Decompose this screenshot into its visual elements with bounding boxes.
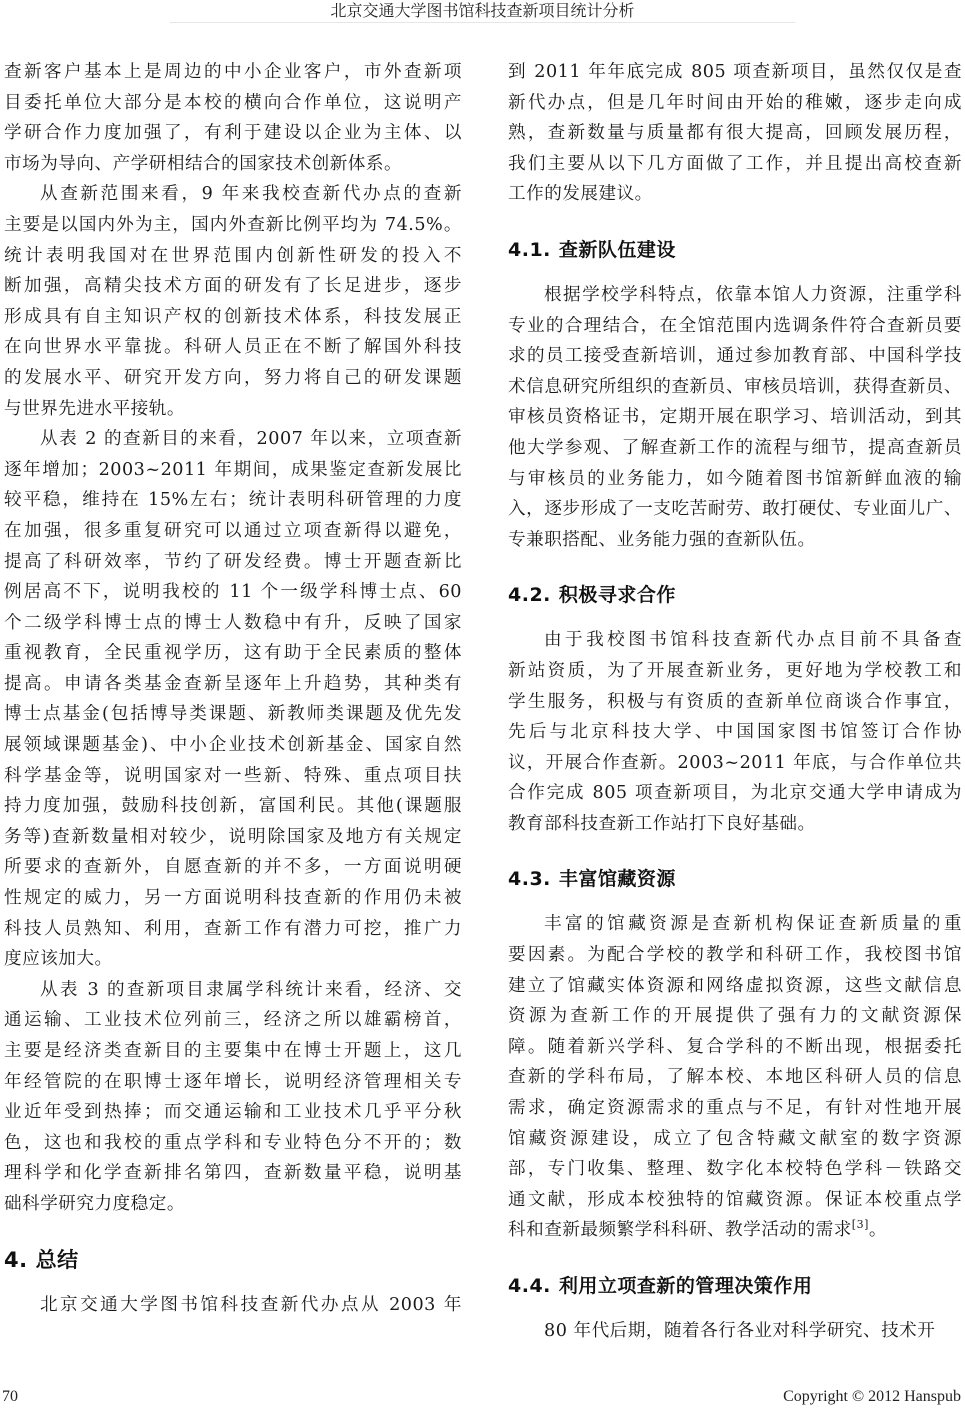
- section-title: 丰富馆藏资源: [559, 868, 676, 890]
- text-line: 工作的发展建议。: [508, 179, 962, 210]
- text-line: 通运输、工业技术位列前三，经济之所以雄霸榜首，: [4, 1005, 462, 1036]
- paragraph: 丰富的馆藏资源是查新机构保证查新质量的重要因素。为配合学校的教学和科研工作，我校…: [508, 909, 962, 1246]
- citation-reference[interactable]: [3]: [852, 1219, 869, 1232]
- text-line: 学生服务，积极与有资质的查新单位商谈合作事宜，: [508, 687, 962, 718]
- text-line: 统计表明我国对在世界范围内创新性研发的投入不: [4, 241, 462, 272]
- text-line: 由于我校图书馆科技查新代办点目前不具备查: [508, 625, 962, 656]
- page-footer: 70 Copyright © 2012 Hanspub: [0, 1388, 965, 1410]
- text-line: 到 2011 年年底完成 805 项查新项目，虽然仅仅是查: [508, 57, 962, 88]
- section-title: 总结: [36, 1248, 79, 1272]
- text-line: 学研合作力度加强了，有利于建设以企业为主体、以: [4, 118, 462, 149]
- section-number: 4.2.: [508, 584, 551, 606]
- text-line: 术信息研究所组织的查新员、审核员培训，获得查新员、: [508, 372, 962, 403]
- section-title: 查新队伍建设: [559, 239, 676, 261]
- text-line: 求的员工接受查新培训，通过参加教育部、中国科学技: [508, 341, 962, 372]
- text-line: 科学基金等，说明国家对一些新、特殊、重点项目扶: [4, 761, 462, 792]
- text-line: 市场为导向、产学研相结合的国家技术创新体系。: [4, 149, 462, 180]
- text-span: 。: [869, 1220, 887, 1240]
- text-line: 他大学参观、了解查新工作的流程与细节，提高查新员: [508, 433, 962, 464]
- text-line: 丰富的馆藏资源是查新机构保证查新质量的重: [508, 909, 962, 940]
- section-heading: 4.1.查新队伍建设: [508, 228, 962, 272]
- text-line: 在加强，很多重复研究可以通过立项查新得以避免，: [4, 516, 462, 547]
- text-line: 务等)查新数量相对较少，说明除国家及地方有关规定: [4, 822, 462, 853]
- text-line: 性规定的威力，另一方面说明科技查新的作用仍未被: [4, 883, 462, 914]
- section-heading: 4.3.丰富馆藏资源: [508, 857, 962, 901]
- text-line: 要因素。为配合学校的教学和科研工作，我校图书馆: [508, 940, 962, 971]
- paragraph: 80 年代后期，随着各行各业对科学研究、技术开: [508, 1316, 962, 1347]
- section-number: 4.3.: [508, 868, 551, 890]
- text-line: 审核员资格证书，定期开展在职学习、培训活动，到其: [508, 402, 962, 433]
- text-line: 障。随着新兴学科、复合学科的不断出现，根据委托: [508, 1032, 962, 1063]
- text-line: 理科学和化学查新排名第四，查新数量平稳，说明基: [4, 1158, 462, 1189]
- text-line: 重视教育，全民重视学历，这有助于全民素质的整体: [4, 638, 462, 669]
- left-column: 查新客户基本上是周边的中小企业客户，市外查新项目委托单位大部分是本校的横向合作单…: [4, 57, 462, 1320]
- text-line: 教育部科技查新工作站打下良好基础。: [508, 809, 962, 840]
- text-line: 础科学研究力度稳定。: [4, 1189, 462, 1220]
- text-line: 与世界先进水平接轨。: [4, 394, 462, 425]
- paragraph: 由于我校图书馆科技查新代办点目前不具备查新站资质，为了开展查新业务，更好地为学校…: [508, 625, 962, 839]
- section-heading: 4.4.利用立项查新的管理决策作用: [508, 1264, 962, 1308]
- right-column: 到 2011 年年底完成 805 项查新项目，虽然仅仅是查新代办点，但是几年时间…: [508, 57, 962, 1347]
- text-line: 提高。申请各类基金查新呈逐年上升趋势，其种类有: [4, 669, 462, 700]
- text-line: 较平稳，维持在 15%左右；统计表明科研管理的力度: [4, 485, 462, 516]
- copyright-notice: Copyright © 2012 Hanspub: [783, 1388, 961, 1406]
- text-line: 我们主要从以下几方面做了工作，并且提出高校查新: [508, 149, 962, 180]
- section-heading: 4.2.积极寻求合作: [508, 573, 962, 617]
- text-line: 个二级学科博士点的博士人数稳中有升，反映了国家: [4, 608, 462, 639]
- text-line: 在向世界水平靠拢。科研人员正在不断了解国外科技: [4, 332, 462, 363]
- text-line: 资源为查新工作的开展提供了强有力的文献资源保: [508, 1001, 962, 1032]
- text-line: 需求，确定资源需求的重点与不足，有针对性地开展: [508, 1093, 962, 1124]
- text-line: 通文献，形成本校独特的馆藏资源。保证本校重点学: [508, 1185, 962, 1216]
- text-line: 新站资质，为了开展查新业务，更好地为学校教工和: [508, 656, 962, 687]
- text-line: 部，专门收集、整理、数字化本校特色学科－铁路交: [508, 1154, 962, 1185]
- section-title: 积极寻求合作: [559, 584, 676, 606]
- text-line: 年经管院的在职博士逐年增长，说明经济管理相关专: [4, 1067, 462, 1098]
- page-number: 70: [2, 1388, 18, 1406]
- text-line: 所要求的查新外，自愿查新的并不多，一方面说明硬: [4, 852, 462, 883]
- text-line: 合作完成 805 项查新项目，为北京交通大学申请成为: [508, 778, 962, 809]
- text-line: 从表 2 的查新目的来看，2007 年以来，立项查新: [4, 424, 462, 455]
- text-line: 入，逐步形成了一支吃苦耐劳、敢打硬仗、专业面儿广、: [508, 494, 962, 525]
- text-line: 断加强，高精尖技术方面的研发有了长足进步，逐步: [4, 271, 462, 302]
- text-line: 议，开展合作查新。2003~2011 年底，与合作单位共: [508, 748, 962, 779]
- text-line: 查新的学科布局，了解本校、本地区科研人员的信息: [508, 1062, 962, 1093]
- text-line: 馆藏资源建设，成立了包含特藏文献室的数字资源: [508, 1124, 962, 1155]
- paragraph: 到 2011 年年底完成 805 项查新项目，虽然仅仅是查新代办点，但是几年时间…: [508, 57, 962, 210]
- text-line: 色，这也和我校的重点学科和专业特色分不开的；数: [4, 1128, 462, 1159]
- paragraph: 从查新范围来看，9 年来我校查新代办点的查新主要是以国内外为主，国内外查新比例平…: [4, 179, 462, 424]
- text-line: 80 年代后期，随着各行各业对科学研究、技术开: [508, 1316, 962, 1347]
- paragraph-first-line: 北京交通大学图书馆科技查新代办点从 2003 年: [4, 1290, 462, 1321]
- running-head: 北京交通大学图书馆科技查新项目统计分析: [0, 0, 965, 22]
- text-line: 从表 3 的查新项目隶属学科统计来看，经济、交: [4, 975, 462, 1006]
- paragraph: 从表 3 的查新项目隶属学科统计来看，经济、交通运输、工业技术位列前三，经济之所…: [4, 975, 462, 1220]
- text-line: 目委托单位大部分是本校的横向合作单位，这说明产: [4, 88, 462, 119]
- text-line: 主要是经济类查新目的主要集中在博士开题上，这几: [4, 1036, 462, 1067]
- section-number: 4.: [4, 1248, 28, 1272]
- text-line: 从查新范围来看，9 年来我校查新代办点的查新: [4, 179, 462, 210]
- paragraph: 查新客户基本上是周边的中小企业客户，市外查新项目委托单位大部分是本校的横向合作单…: [4, 57, 462, 179]
- text-line: 的发展水平、研究开发方向，努力将自己的研发课题: [4, 363, 462, 394]
- text-line: 持力度加强，鼓励科技创新，富国利民。其他(课题服: [4, 791, 462, 822]
- text-line: 与审核员的业务能力，如今随着图书馆新鲜血液的输: [508, 464, 962, 495]
- text-line: 专兼职搭配、业务能力强的查新队伍。: [508, 525, 962, 556]
- text-line: 查新客户基本上是周边的中小企业客户，市外查新项: [4, 57, 462, 88]
- text-line: 根据学校学科特点，依靠本馆人力资源，注重学科: [508, 280, 962, 311]
- text-line: 专业的合理结合，在全馆范围内选调条件符合查新员要: [508, 311, 962, 342]
- text-line: 逐年增加；2003~2011 年期间，成果鉴定查新发展比: [4, 455, 462, 486]
- text-line: 业近年受到热捧；而交通运输和工业技术几乎平分秋: [4, 1097, 462, 1128]
- text-line: 熟，查新数量与质量都有很大提高，回顾发展历程，: [508, 118, 962, 149]
- text-line: 科和查新最频繁学科科研、教学活动的需求[3]。: [508, 1215, 962, 1246]
- text-line: 形成具有自主知识产权的创新技术体系，科技发展正: [4, 302, 462, 333]
- text-span: 科和查新最频繁学科科研、教学活动的需求: [508, 1220, 852, 1240]
- section-heading: 4.总结: [4, 1238, 462, 1282]
- text-line: 新代办点，但是几年时间由开始的稚嫩，逐步走向成: [508, 88, 962, 119]
- text-line: 主要是以国内外为主，国内外查新比例平均为 74.5%。: [4, 210, 462, 241]
- text-line: 展领域课题基金)、中小企业技术创新基金、国家自然: [4, 730, 462, 761]
- section-number: 4.4.: [508, 1275, 551, 1297]
- section-title: 利用立项查新的管理决策作用: [559, 1275, 813, 1297]
- text-line: 例居高不下，说明我校的 11 个一级学科博士点、60: [4, 577, 462, 608]
- text-line: 科技人员熟知、利用，查新工作有潜力可挖，推广力: [4, 914, 462, 945]
- text-line: 建立了馆藏实体资源和网络虚拟资源，这些文献信息: [508, 971, 962, 1002]
- text-line: 提高了科研效率，节约了研发经费。博士开题查新比: [4, 547, 462, 578]
- text-line: 先后与北京科技大学、中国国家图书馆签订合作协: [508, 717, 962, 748]
- text-line: 度应该加大。: [4, 944, 462, 975]
- text-line: 博士点基金(包括博导类课题、新教师类课题及优先发: [4, 699, 462, 730]
- section-number: 4.1.: [508, 239, 551, 261]
- header-divider: [170, 22, 795, 23]
- paragraph: 根据学校学科特点，依靠本馆人力资源，注重学科专业的合理结合，在全馆范围内选调条件…: [508, 280, 962, 555]
- paragraph: 从表 2 的查新目的来看，2007 年以来，立项查新逐年增加；2003~2011…: [4, 424, 462, 975]
